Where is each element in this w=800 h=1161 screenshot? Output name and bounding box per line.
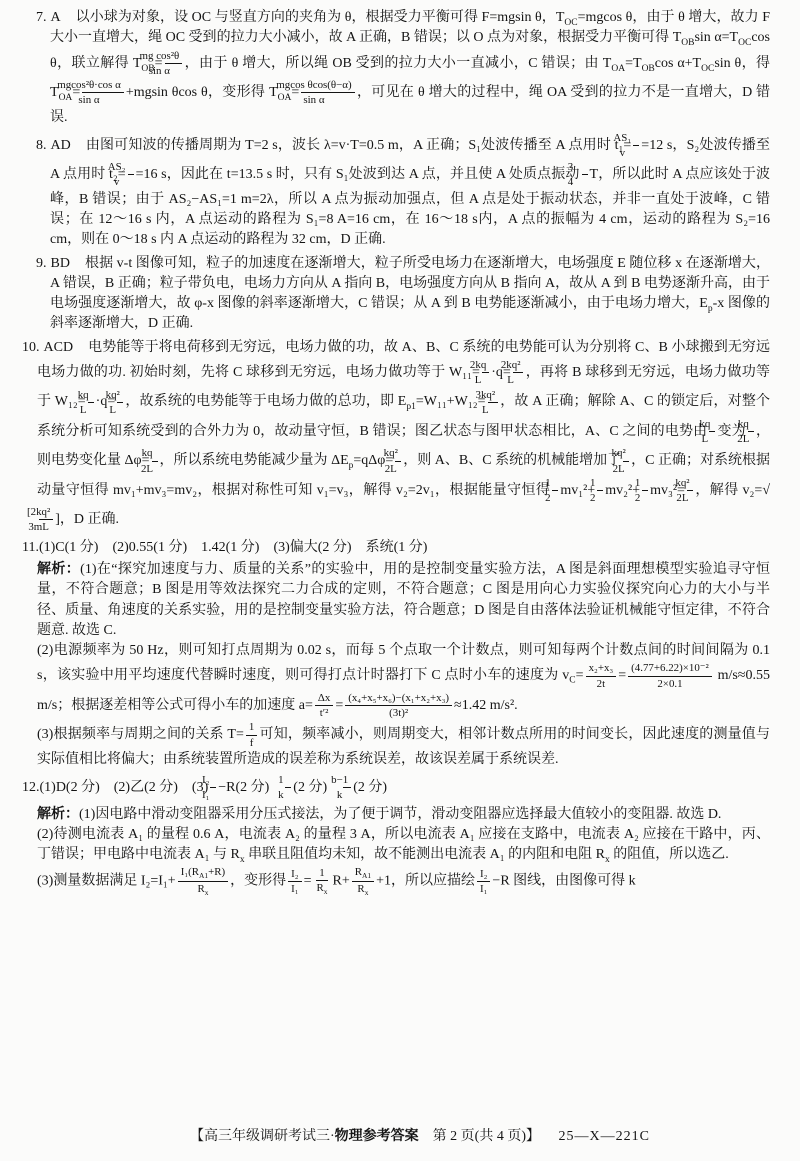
- answer-item-9: 9.BD根据 v-t 图像可知，粒子的加速度在逐渐增大，粒子所受电场力在逐渐增大…: [22, 254, 770, 335]
- item-8-number: 8.: [22, 138, 47, 153]
- item-12-answers-line: (1)D(2 分) (2)乙(2 分) (3)I₂I₁−R(2 分) 1k(2 …: [40, 780, 388, 795]
- item-10-answer: ACD: [44, 340, 74, 355]
- item-11-number: 11.: [22, 540, 39, 555]
- footer-exam-name: 【高三年级调研考试三·: [190, 1129, 335, 1144]
- answer-item-8: 8.AD由图可知波的传播周期为 T=2 s，波长 λ=v·T=0.5 m，A 正…: [22, 131, 770, 251]
- footer-title: 【高三年级调研考试三·物理参考答案 第 2 页(共 4 页)】: [190, 1125, 540, 1147]
- footer-exam-code: 25—X—221C: [559, 1127, 650, 1147]
- footer-subject: 物理参考答案: [335, 1127, 419, 1143]
- item-12-number: 12.: [22, 780, 40, 795]
- item-8-answer: AD: [51, 138, 71, 153]
- item-10-number: 10.: [22, 340, 40, 355]
- item-7-number: 7.: [22, 10, 47, 25]
- item-11-paragraph-0: 11.(1)C(1 分) (2)0.55(1 分) 1.42(1 分) (3)偏…: [22, 538, 770, 558]
- item-10-text: 电势能等于将电荷移到无穷远，电场力做的功，故 A、B、C 系统的电势能可认为分别…: [37, 340, 770, 527]
- answer-item-7: 7.A以小球为对象，设 OC 与竖直方向的夹角为 θ，根据受力平衡可得 F=mg…: [22, 8, 770, 128]
- answer-item-10: 10.ACD电势能等于将电荷移到无穷远，电场力做的功，故 A、B、C 系统的电势…: [22, 338, 770, 535]
- item-7-text: 以小球为对象，设 OC 与竖直方向的夹角为 θ，根据受力平衡可得 F=mgsin…: [50, 10, 770, 125]
- item-11-paragraph-2: (2)电源频率为 50 Hz，则可知打点周期为 0.02 s，而每 5 个点取一…: [22, 641, 770, 720]
- answer-item-12: 12.(1)D(2 分) (2)乙(2 分) (3)I₂I₁−R(2 分) 1k…: [22, 773, 770, 898]
- item-11-paragraph-1: 解析：(1)在“探究加速度与力、质量的关系”的实验中，用的是控制变量实验方法，A…: [22, 558, 770, 641]
- page-footer: 【高三年级调研考试三·物理参考答案 第 2 页(共 4 页)】 25—X—221…: [0, 1125, 800, 1147]
- item-11-answers-line: (1)C(1 分) (2)0.55(1 分) 1.42(1 分) (3)偏大(2…: [39, 540, 427, 555]
- item-8-text: 由图可知波的传播周期为 T=2 s，波长 λ=v·T=0.5 m，A 正确；S₁…: [50, 138, 770, 248]
- item-12-paragraph-2: (2)待测电流表 A₁ 的量程 0.6 A，电流表 A₂ 的量程 3 A，所以电…: [22, 825, 770, 866]
- item-9-number: 9.: [22, 256, 47, 271]
- item-7-paragraph-0: 7.A以小球为对象，设 OC 与竖直方向的夹角为 θ，根据受力平衡可得 F=mg…: [22, 8, 770, 128]
- item-11-paragraph-3: (3)根据频率与周期之间的关系 T=1f可知，频率减小，则周期变大，相邻计数点所…: [22, 720, 770, 770]
- item-10-paragraph-0: 10.ACD电势能等于将电荷移到无穷远，电场力做的功，故 A、B、C 系统的电势…: [22, 338, 770, 535]
- item-9-paragraph-0: 9.BD根据 v-t 图像可知，粒子的加速度在逐渐增大，粒子所受电场力在逐渐增大…: [22, 254, 770, 335]
- item-12-paragraph-3: (3)测量数据满足 I₂=I₁+I₁(RA1+R)Rx，变形得I₂I₁=1RxR…: [22, 865, 770, 897]
- item-9-text: 根据 v-t 图像可知，粒子的加速度在逐渐增大，粒子所受电场力在逐渐增大，电场强…: [50, 256, 770, 332]
- answer-content: 7.A以小球为对象，设 OC 与竖直方向的夹角为 θ，根据受力平衡可得 F=mg…: [0, 0, 800, 898]
- answer-sheet-page: { "document": { "kind": "physics-answer-…: [0, 0, 800, 1161]
- answer-item-11: 11.(1)C(1 分) (2)0.55(1 分) 1.42(1 分) (3)偏…: [22, 538, 770, 770]
- item-9-answer: BD: [51, 256, 70, 271]
- item-8-paragraph-0: 8.AD由图可知波的传播周期为 T=2 s，波长 λ=v·T=0.5 m，A 正…: [22, 131, 770, 251]
- item-12-paragraph-1: 解析：(1)因电路中滑动变阻器采用分压式接法，为了便于调节，滑动变阻器应选择最大…: [22, 803, 770, 825]
- footer-page-indicator: 第 2 页(共 4 页)】: [419, 1129, 540, 1144]
- item-12-paragraph-0: 12.(1)D(2 分) (2)乙(2 分) (3)I₂I₁−R(2 分) 1k…: [22, 773, 770, 802]
- item-7-answer: A: [51, 10, 61, 25]
